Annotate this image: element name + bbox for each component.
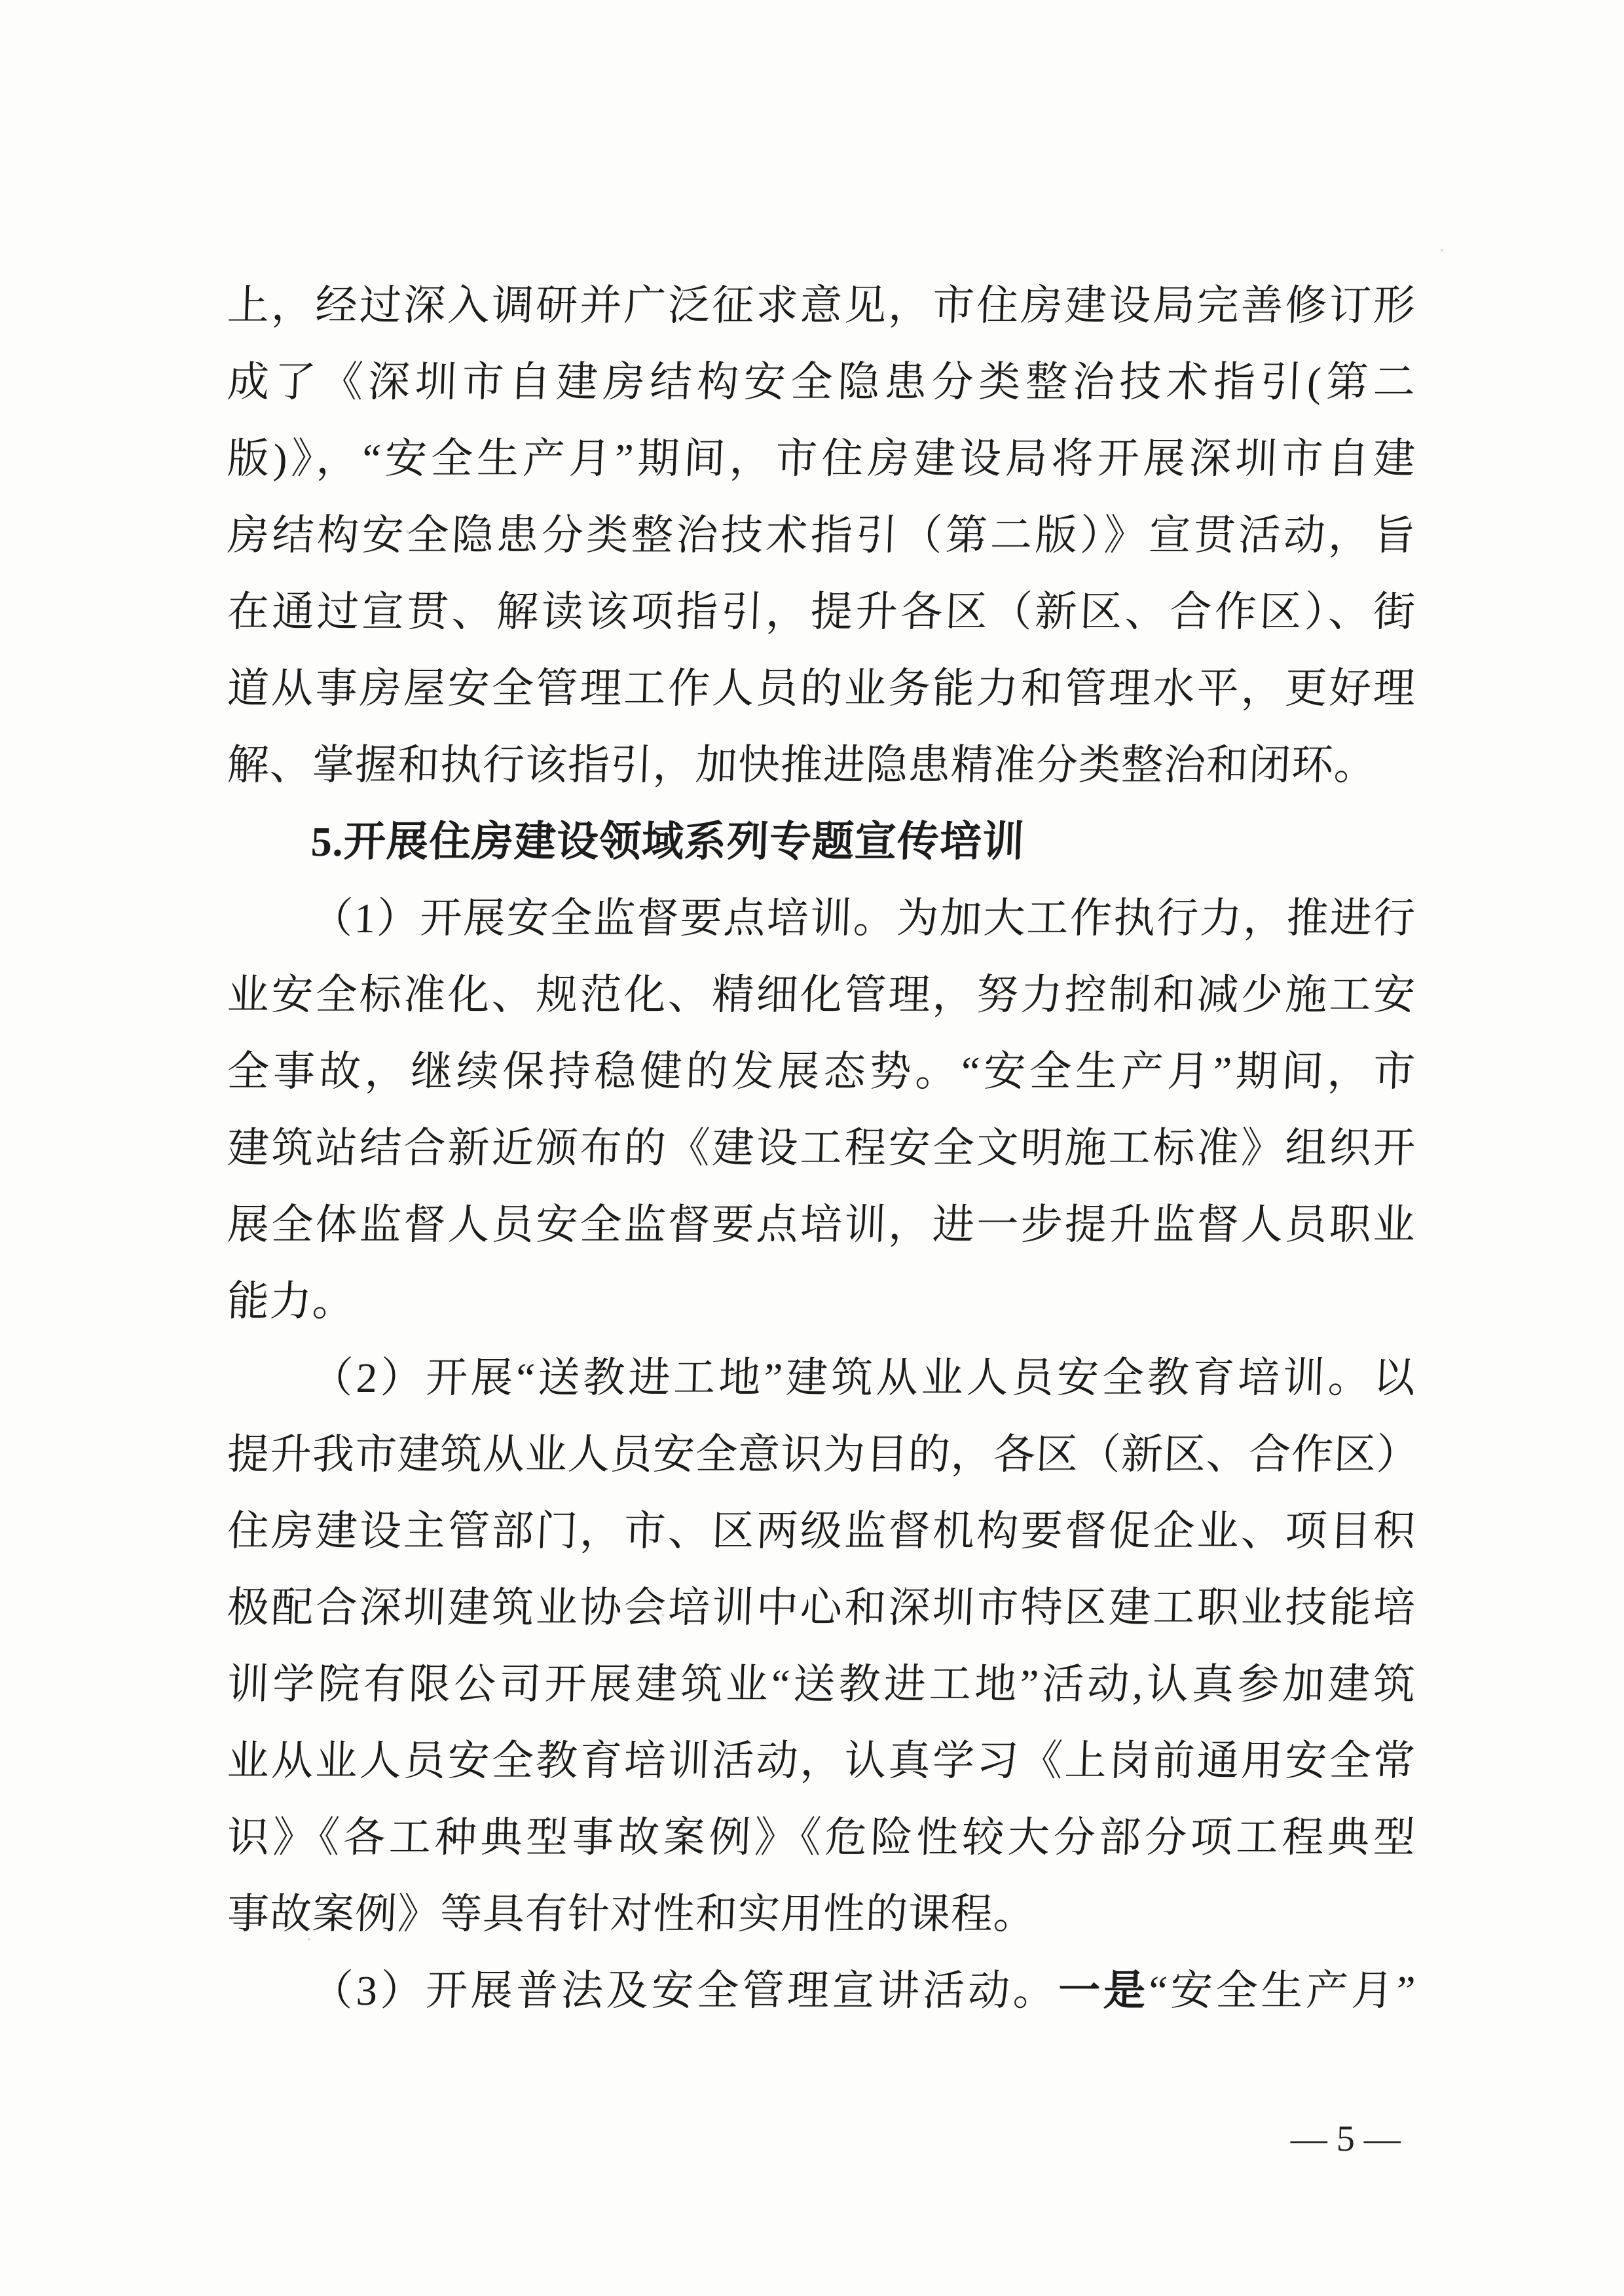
text-segment: 上，经过深入调研并广泛征求意见，市住房建设局完善修订形	[227, 282, 1416, 329]
text-segment: 道从事房屋安全管理工作人员的业务能力和管理水平，更好理	[227, 665, 1416, 712]
text-segment: 全事故，继续保持稳健的发展态势。“安全生产月”期间，市	[227, 1048, 1416, 1095]
scan-speck	[406, 530, 409, 533]
text-segment: 住房建设主管部门，市、区两级监督机构要督促企业、项目积	[227, 1508, 1416, 1554]
text-line: 能力。	[226, 1263, 1417, 1339]
text-segment: （3）开展普法及安全管理宣讲活动。	[310, 1967, 1060, 2014]
text-line: 全事故，继续保持稳健的发展态势。“安全生产月”期间，市	[226, 1033, 1417, 1110]
text-line: 版)》，“安全生产月”期间，市住房建设局将开展深圳市自建	[226, 420, 1417, 497]
text-segment: 提升我市建筑从业人员安全意识为目的，各区（新区、合作区）	[227, 1431, 1420, 1478]
text-line: （2）开展“送教进工地”建筑从业人员安全教育培训。以	[226, 1339, 1417, 1416]
scan-speck	[1139, 972, 1142, 975]
text-segment-bold: 一是	[1058, 1967, 1149, 2014]
text-segment: 极配合深圳建筑业协会培训中心和深圳市特区建工职业技能培	[227, 1584, 1416, 1631]
text-line: 房结构安全隐患分类整治技术指引（第二版）》宣贯活动，旨	[226, 497, 1417, 574]
text-segment: 能力。	[227, 1278, 356, 1324]
text-segment: 业从业人员安全教育培训活动，认真学习《上岗前通用安全常	[227, 1738, 1416, 1784]
text-segment: （2）开展“送教进工地”建筑从业人员安全教育培训。以	[310, 1355, 1416, 1401]
text-segment: 训学院有限公司开展建筑业“送教进工地”活动,认真参加建筑	[227, 1661, 1416, 1707]
text-segment: 事故案例》等具有针对性和实用性的课程。	[227, 1891, 1037, 1937]
document-body: 上，经过深入调研并广泛征求意见，市住房建设局完善修订形成了《深圳市自建房结构安全…	[226, 267, 1414, 2029]
text-line: 业从业人员安全教育培训活动，认真学习《上岗前通用安全常	[226, 1722, 1417, 1799]
text-segment: 成了《深圳市自建房结构安全隐患分类整治技术指引(第二	[227, 359, 1416, 405]
text-line: 展全体监督人员安全监督要点培训，进一步提升监督人员职业	[226, 1186, 1417, 1263]
text-line: 识》《各工种典型事故案例》《危险性较大分部分项工程典型	[226, 1799, 1417, 1876]
text-line: 提升我市建筑从业人员安全意识为目的，各区（新区、合作区）	[226, 1416, 1417, 1493]
scan-speck	[308, 1938, 310, 1941]
text-segment: 建筑站结合新近颁布的《建设工程安全文明施工标准》组织开	[227, 1125, 1416, 1171]
text-segment: 识》《各工种典型事故案例》《危险性较大分部分项工程典型	[227, 1814, 1416, 1861]
document-page: 上，经过深入调研并广泛征求意见，市住房建设局完善修订形成了《深圳市自建房结构安全…	[0, 0, 1624, 2296]
text-line: 成了《深圳市自建房结构安全隐患分类整治技术指引(第二	[226, 344, 1417, 420]
text-segment: 版)》，“安全生产月”期间，市住房建设局将开展深圳市自建	[227, 435, 1416, 482]
scan-speck	[661, 1614, 664, 1616]
text-line: 业安全标准化、规范化、精细化管理，努力控制和减少施工安	[226, 957, 1417, 1033]
scan-speck	[1441, 249, 1443, 251]
text-line: 解、掌握和执行该指引，加快推进隐患精准分类整治和闭环。	[226, 727, 1417, 803]
text-line: （1）开展安全监督要点培训。为加大工作执行力，推进行	[226, 880, 1417, 957]
text-segment: 房结构安全隐患分类整治技术指引（第二版）》宣贯活动，旨	[227, 512, 1416, 558]
text-segment: “安全生产月”	[1148, 1967, 1416, 2014]
text-line: 5.开展住房建设领域系列专题宣传培训	[226, 803, 1417, 880]
text-line: 在通过宣贯、解读该项指引，提升各区（新区、合作区）、街	[226, 574, 1417, 650]
text-line: 道从事房屋安全管理工作人员的业务能力和管理水平，更好理	[226, 650, 1417, 727]
text-line: 训学院有限公司开展建筑业“送教进工地”活动,认真参加建筑	[226, 1646, 1417, 1722]
text-line: （3）开展普法及安全管理宣讲活动。一是“安全生产月”	[226, 1952, 1417, 2029]
text-line: 住房建设主管部门，市、区两级监督机构要督促企业、项目积	[226, 1493, 1417, 1569]
text-line: 上，经过深入调研并广泛征求意见，市住房建设局完善修订形	[226, 267, 1417, 344]
text-segment: 业安全标准化、规范化、精细化管理，努力控制和减少施工安	[227, 972, 1416, 1018]
text-line: 极配合深圳建筑业协会培训中心和深圳市特区建工职业技能培	[226, 1569, 1417, 1646]
text-line: 事故案例》等具有针对性和实用性的课程。	[226, 1876, 1417, 1952]
text-segment: 在通过宣贯、解读该项指引，提升各区（新区、合作区）、街	[227, 589, 1416, 635]
text-segment-bold: 5.开展住房建设领域系列专题宣传培训	[310, 818, 1025, 865]
text-segment: 展全体监督人员安全监督要点培训，进一步提升监督人员职业	[227, 1201, 1416, 1248]
text-line: 建筑站结合新近颁布的《建设工程安全文明施工标准》组织开	[226, 1110, 1417, 1186]
page-number: — 5 —	[1263, 2116, 1428, 2162]
text-segment: （1）开展安全监督要点培训。为加大工作执行力，推进行	[310, 895, 1416, 941]
text-segment: 解、掌握和执行该指引，加快推进隐患精准分类整治和闭环。	[227, 742, 1377, 788]
